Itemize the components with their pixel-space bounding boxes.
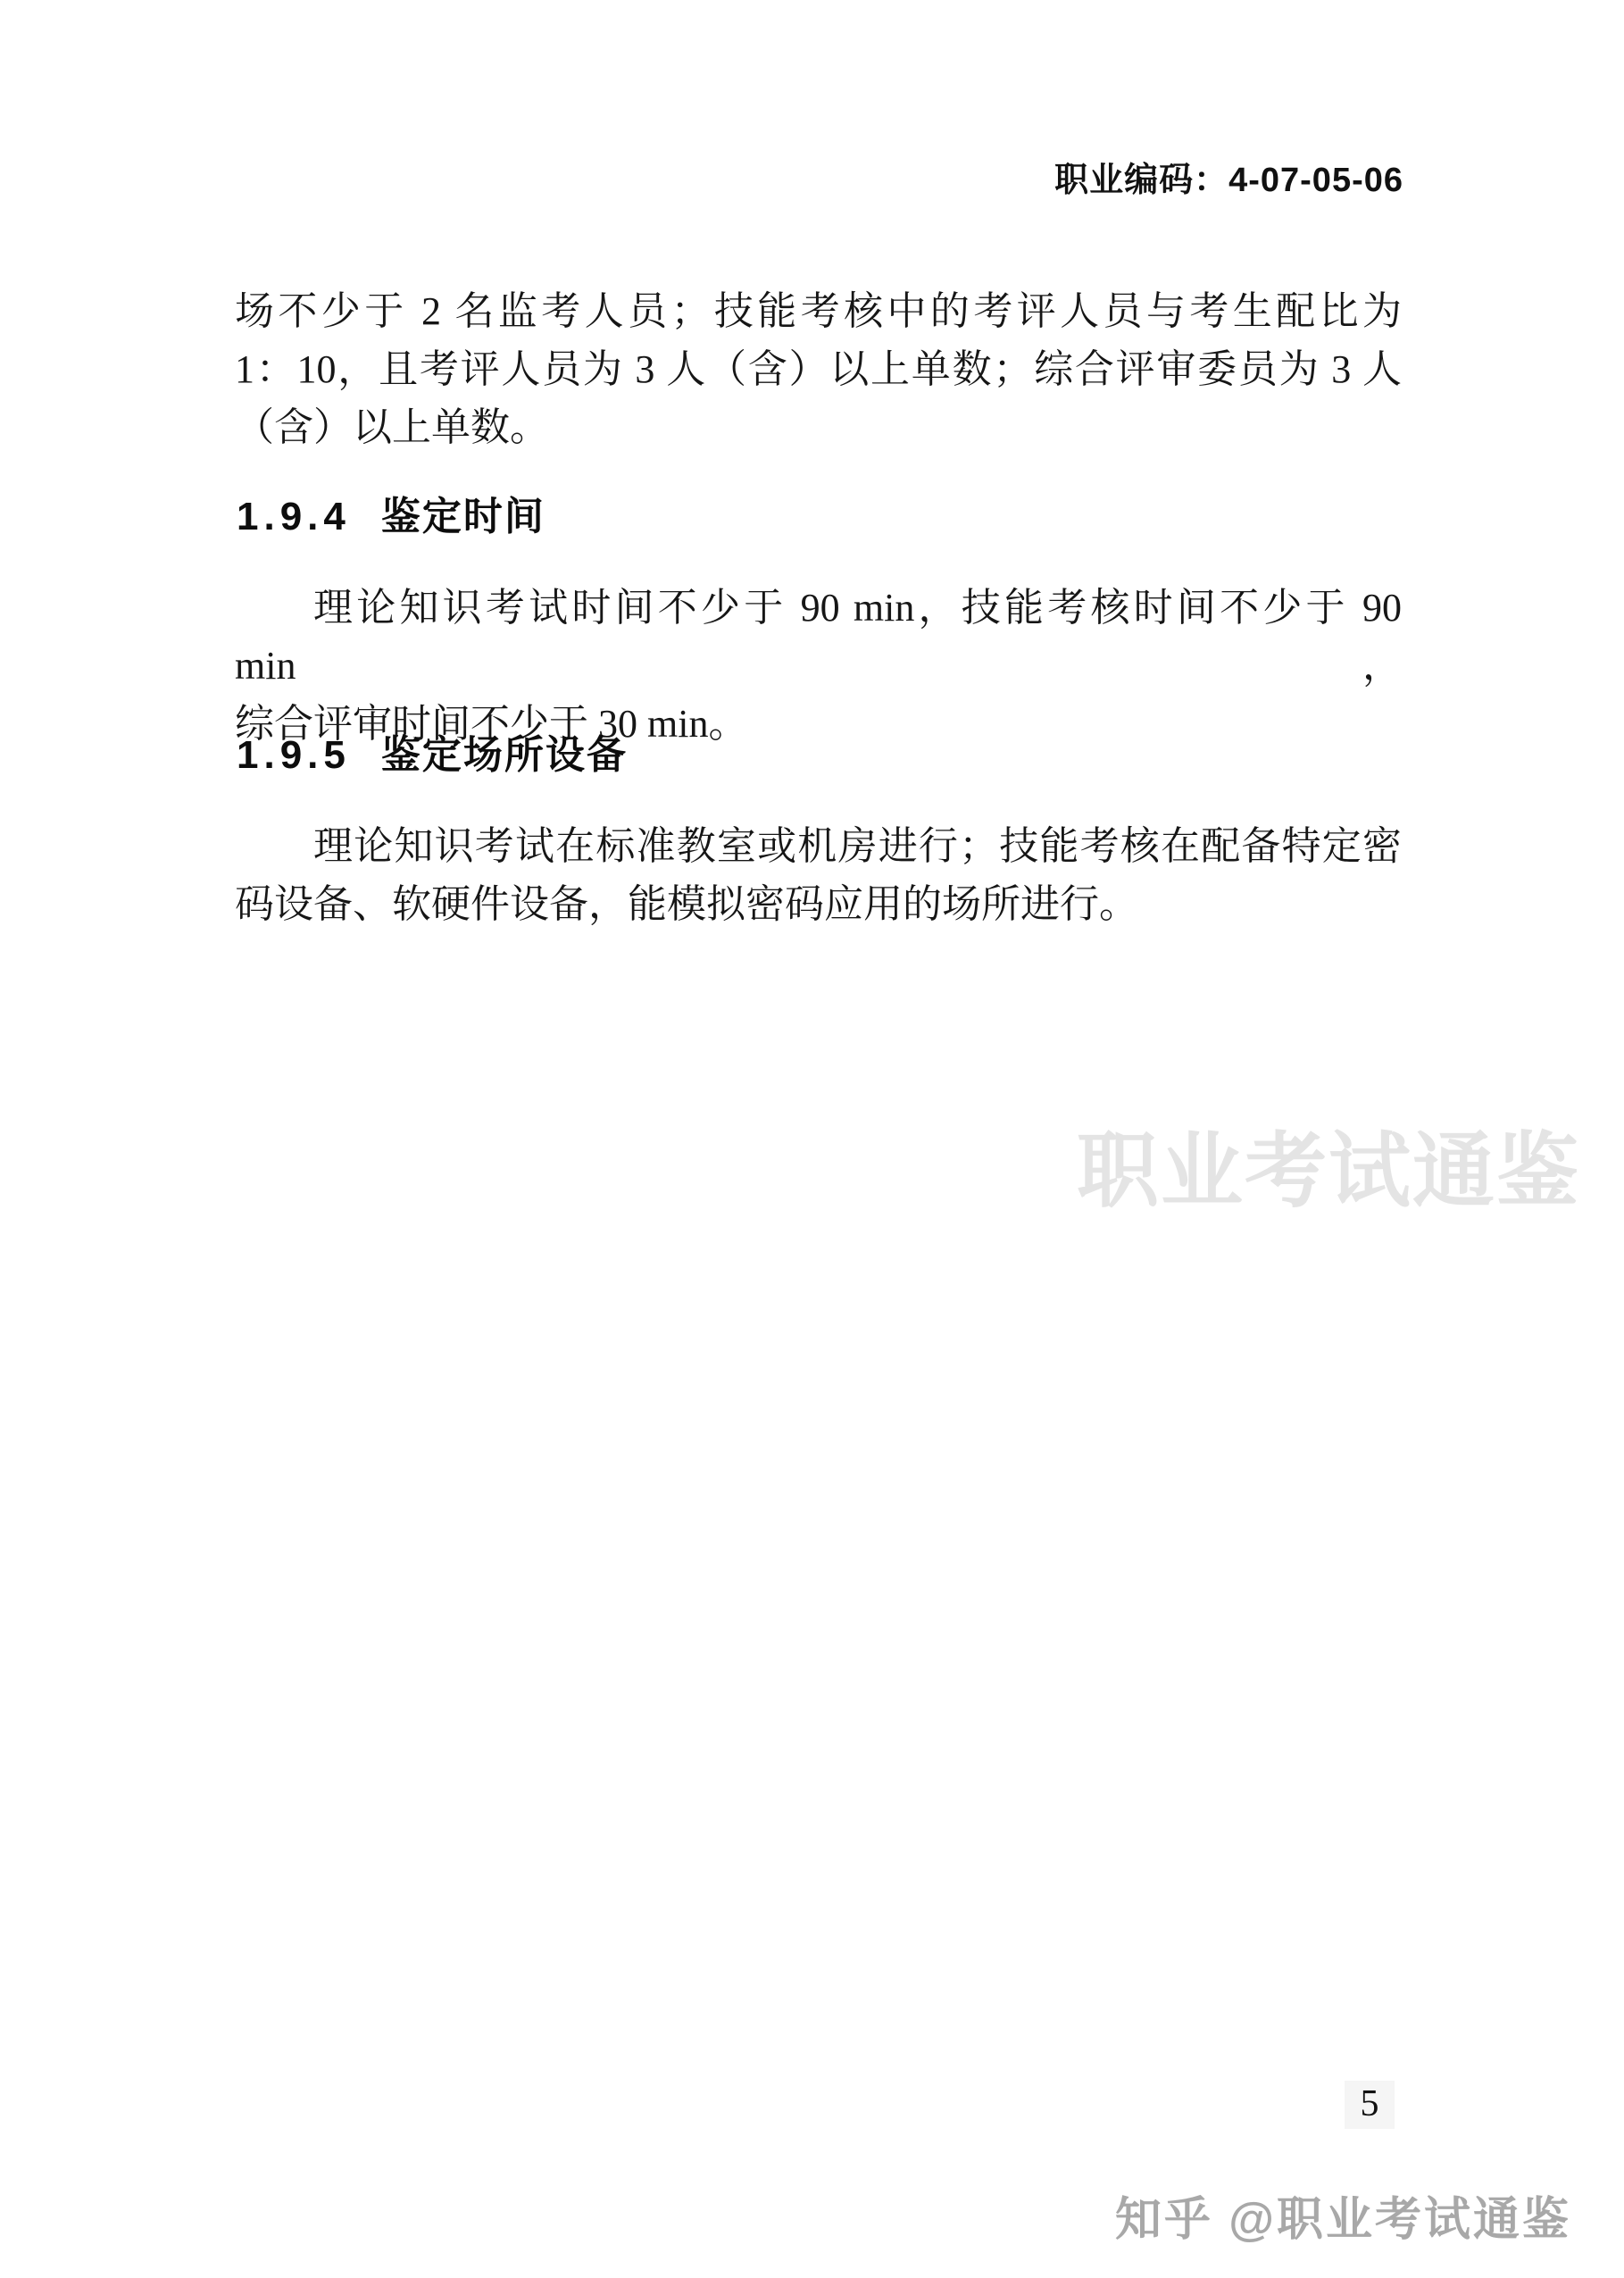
section-heading-1-9-5: 1.9.5鉴定场所设备 <box>237 727 628 784</box>
paragraph-exam-venue: 理论知识考试在标准教室或机房进行；技能考核在配备特定密 码设备、软硬件设备，能模… <box>235 817 1402 933</box>
paragraph-line: 理论知识考试时间不少于 90 min，技能考核时间不少于 90 min， <box>235 579 1402 695</box>
section-title: 鉴定场所设备 <box>381 733 628 777</box>
center-watermark: 职业考试通鉴 <box>1077 1106 1580 1223</box>
zhihu-watermark: 知乎 @职业考试通鉴 <box>1115 2182 1571 2249</box>
paragraph-line: 码设备、软硬件设备，能模拟密码应用的场所进行。 <box>235 875 1402 933</box>
document-page: 职业编码：4-07-05-06 场不少于 2 名监考人员；技能考核中的考评人员与… <box>0 0 1624 2278</box>
section-title: 鉴定时间 <box>381 495 545 538</box>
paragraph-supervisors: 场不少于 2 名监考人员；技能考核中的考评人员与考生配比为 1：10，且考评人员… <box>235 282 1402 456</box>
occupation-code-header: 职业编码：4-07-05-06 <box>1054 152 1403 201</box>
section-heading-1-9-4: 1.9.4鉴定时间 <box>237 488 545 546</box>
paragraph-line: 场不少于 2 名监考人员；技能考核中的考评人员与考生配比为 <box>235 282 1402 340</box>
section-number: 1.9.5 <box>237 733 351 777</box>
paragraph-line: 1：10，且考评人员为 3 人（含）以上单数；综合评审委员为 3 人 <box>235 340 1402 398</box>
paragraph-line: （含）以上单数。 <box>235 398 1402 456</box>
page-number: 5 <box>1345 2081 1395 2129</box>
section-number: 1.9.4 <box>237 495 351 538</box>
paragraph-line: 理论知识考试在标准教室或机房进行；技能考核在配备特定密 <box>235 817 1402 875</box>
